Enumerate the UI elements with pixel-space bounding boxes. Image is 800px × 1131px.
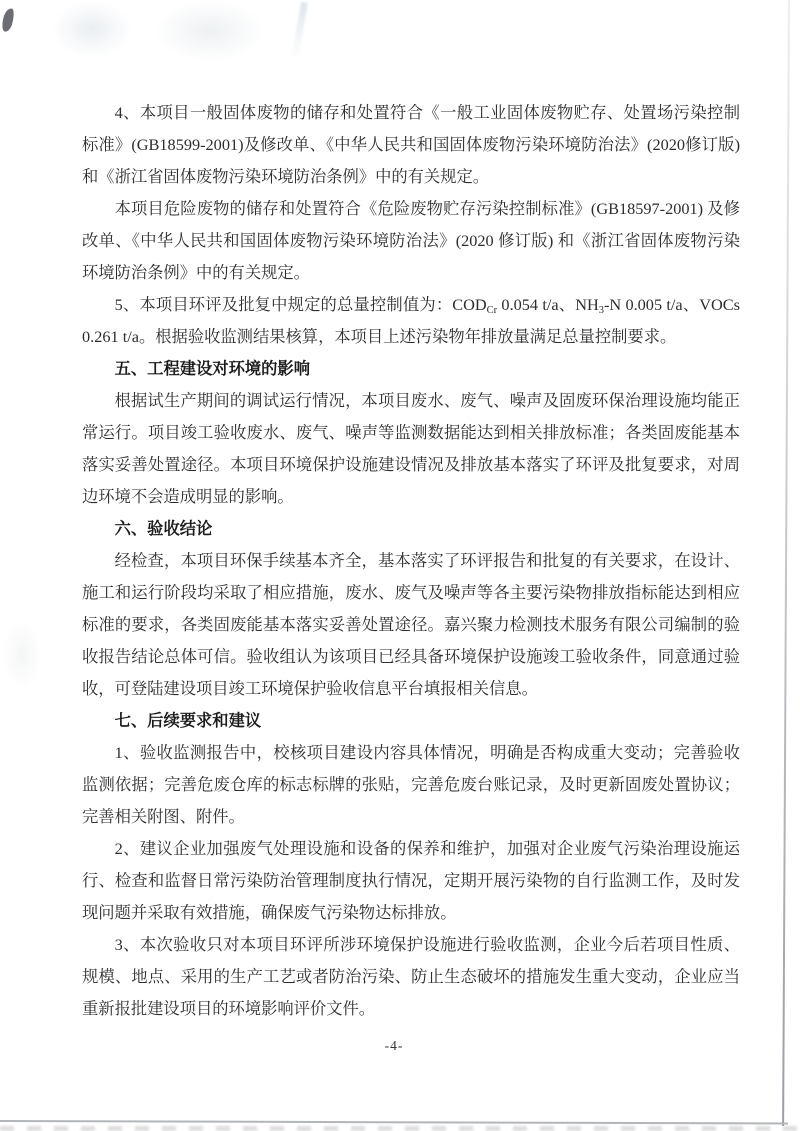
paragraph: 本项目危险废物的储存和处置符合《危险废物贮存污染控制标准》(GB18597-20… — [82, 193, 740, 289]
scanned-document-page: 4、本项目一般固体废物的储存和处置符合《一般工业固体废物贮存、处置场污染控制标准… — [0, 0, 800, 1131]
paragraph: 经检查，本项目环保手续基本齐全，基本落实了环评报告和批复的有关要求，在设计、施工… — [82, 545, 740, 705]
scan-streak — [291, 2, 308, 60]
page-number: -4- — [0, 1038, 788, 1054]
page-edge-bottom — [0, 1120, 788, 1124]
paragraph: 2、建议企业加强废气处理设施和设备的保养和维护，加强对企业废气污染治理设施运行、… — [82, 833, 740, 929]
document-body: 4、本项目一般固体废物的储存和处置符合《一般工业固体废物贮存、处置场污染控制标准… — [82, 97, 740, 1025]
scan-corner-mark — [0, 7, 16, 33]
section-heading: 六、验收结论 — [82, 513, 740, 545]
paragraph: 5、本项目环评及批复中规定的总量控制值为：CODCr 0.054 t/a、NH3… — [82, 289, 740, 353]
paragraph: 4、本项目一般固体废物的储存和处置符合《一般工业固体废物贮存、处置场污染控制标准… — [82, 97, 740, 193]
paragraph: 3、本次验收只对本项目环评所涉环境保护设施进行验收监测，企业今后若项目性质、规模… — [82, 929, 740, 1025]
scan-smudge — [2, 620, 42, 690]
subscript: 3 — [599, 305, 604, 316]
next-page-ghost-text — [0, 1126, 800, 1131]
page-edge-right — [782, 0, 790, 1126]
section-heading: 七、后续要求和建议 — [82, 705, 740, 737]
paragraph: 1、验收监测报告中，校核项目建设内容具体情况，明确是否构成重大变动；完善验收监测… — [82, 737, 740, 833]
paragraph: 根据试生产期间的调试运行情况，本项目废水、废气、噪声及固废环保治理设施均能正常运… — [82, 385, 740, 513]
subscript: Cr — [487, 305, 498, 316]
scan-smudge — [52, 0, 132, 58]
scan-smudge — [155, 0, 265, 62]
section-heading: 五、工程建设对环境的影响 — [82, 353, 740, 385]
